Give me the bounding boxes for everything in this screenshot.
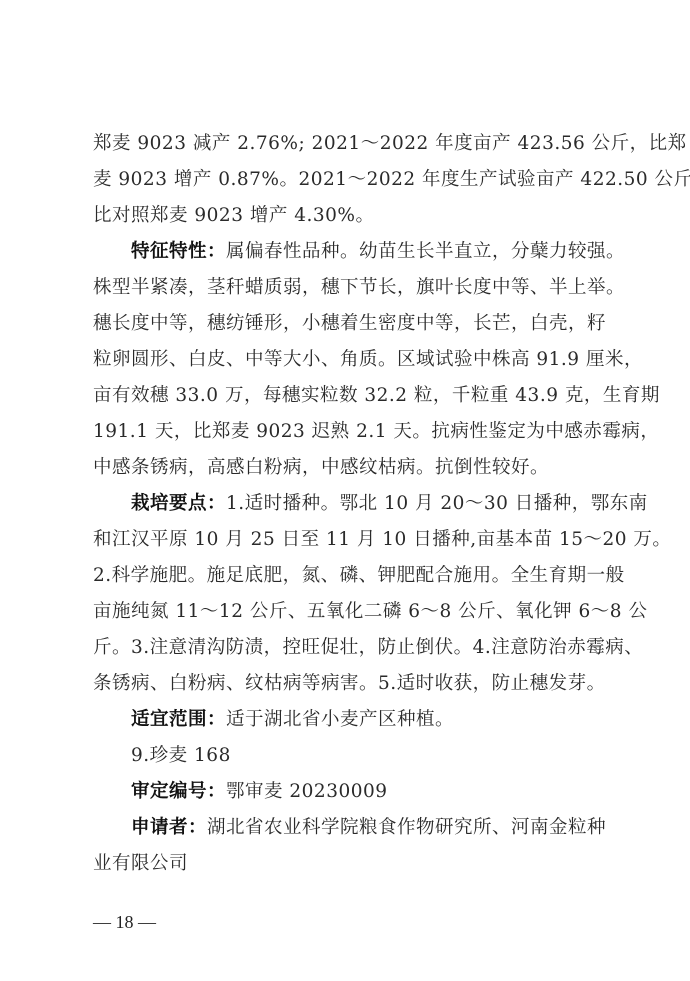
line-text: 湖北省农业科学院粮食作物研究所、河南金粒种 — [207, 817, 606, 838]
suitable-area-label: 适宜范围： — [131, 709, 226, 730]
line-text: 191.1 天，比郑麦 9023 迟熟 2.1 天。抗病性鉴定为中感赤霉病， — [93, 421, 659, 442]
text-line: 2.科学施肥。施足底肥，氮、磷、钾肥配合施用。全生育期一般 — [93, 558, 605, 594]
approval-number-label: 审定编号： — [131, 781, 226, 802]
line-text: 属偏春性品种。幼苗生长半直立，分蘖力较强。 — [226, 241, 625, 262]
variety-title: 9.珍麦 168 — [131, 738, 605, 774]
features-heading-line: 特征特性：属偏春性品种。幼苗生长半直立，分蘖力较强。 — [131, 234, 605, 270]
text-line: 斤。3.注意清沟防渍，控旺促壮，防止倒伏。4.注意防治赤霉病、 — [93, 630, 605, 666]
page-number: — 18 — — [93, 904, 156, 940]
text-line: 比对照郑麦 9023 增产 4.30%。 — [93, 198, 605, 234]
text-line: 粒卵圆形、白皮、中等大小、角质。区域试验中株高 91.9 厘米， — [93, 342, 605, 378]
cultivation-heading-line: 栽培要点：1.适时播种。鄂北 10 月 20～30 日播种，鄂东南 — [131, 486, 605, 522]
document-page: 郑麦 9023 减产 2.76%; 2021～2022 年度亩产 423.56 … — [0, 0, 690, 981]
text-line: 郑麦 9023 减产 2.76%; 2021～2022 年度亩产 423.56 … — [93, 126, 605, 162]
text-line: 中感条锈病，高感白粉病，中感纹枯病。抗倒性较好。 — [93, 450, 605, 486]
line-text: 斤。3.注意清沟防渍，控旺促壮，防止倒伏。4.注意防治赤霉病、 — [93, 637, 643, 658]
line-text: 1.适时播种。鄂北 10 月 20～30 日播种，鄂东南 — [226, 493, 648, 514]
line-text: 鄂审麦 20230009 — [226, 781, 388, 802]
line-text: 郑麦 9023 减产 2.76%; 2021～2022 年度亩产 423.56 … — [93, 133, 687, 154]
text-line: 亩施纯氮 11～12 公斤、五氧化二磷 6～8 公斤、氧化钾 6～8 公 — [93, 594, 605, 630]
line-text: 株型半紧凑，茎秆蜡质弱，穗下节长，旗叶长度中等、半上举。 — [93, 277, 625, 298]
line-text: 条锈病、白粉病、纹枯病等病害。5.适时收获，防止穗发芽。 — [93, 673, 606, 694]
line-text: 2.科学施肥。施足底肥，氮、磷、钾肥配合施用。全生育期一般 — [93, 565, 625, 586]
line-text: 中感条锈病，高感白粉病，中感纹枯病。抗倒性较好。 — [93, 457, 549, 478]
text-line: 亩有效穗 33.0 万，每穗实粒数 32.2 粒，千粒重 43.9 克，生育期 — [93, 378, 605, 414]
line-text: 麦 9023 增产 0.87%。2021～2022 年度生产试验亩产 422.5… — [93, 169, 690, 190]
text-line: 191.1 天，比郑麦 9023 迟熟 2.1 天。抗病性鉴定为中感赤霉病， — [93, 414, 605, 450]
cultivation-label: 栽培要点： — [131, 493, 226, 514]
applicant-line: 申请者：湖北省农业科学院粮食作物研究所、河南金粒种 — [131, 810, 605, 846]
line-text: 穗长度中等，穗纺锤形，小穗着生密度中等，长芒，白壳，籽 — [93, 313, 606, 334]
line-text: 亩施纯氮 11～12 公斤、五氧化二磷 6～8 公斤、氧化钾 6～8 公 — [93, 601, 647, 622]
approval-number-line: 审定编号：鄂审麦 20230009 — [131, 774, 605, 810]
suitable-area-line: 适宜范围：适于湖北省小麦产区种植。 — [131, 702, 605, 738]
line-text: 粒卵圆形、白皮、中等大小、角质。区域试验中株高 91.9 厘米， — [93, 349, 643, 370]
features-label: 特征特性： — [131, 241, 226, 262]
text-line: 株型半紧凑，茎秆蜡质弱，穗下节长，旗叶长度中等、半上举。 — [93, 270, 605, 306]
applicant-label: 申请者： — [131, 817, 207, 838]
text-line: 和江汉平原 10 月 25 日至 11 月 10 日播种,亩基本苗 15～20 … — [93, 522, 605, 558]
text-line: 穗长度中等，穗纺锤形，小穗着生密度中等，长芒，白壳，籽 — [93, 306, 605, 342]
line-text: 和江汉平原 10 月 25 日至 11 月 10 日播种,亩基本苗 15～20 … — [93, 529, 671, 550]
line-text: 业有限公司 — [93, 853, 188, 874]
line-text: 适于湖北省小麦产区种植。 — [226, 709, 454, 730]
text-line: 麦 9023 增产 0.87%。2021～2022 年度生产试验亩产 422.5… — [93, 162, 605, 198]
line-text: 9.珍麦 168 — [131, 745, 231, 766]
line-text: 亩有效穗 33.0 万，每穗实粒数 32.2 粒，千粒重 43.9 克，生育期 — [93, 385, 660, 406]
line-text: 比对照郑麦 9023 增产 4.30%。 — [93, 205, 375, 226]
text-line: 业有限公司 — [93, 846, 605, 882]
text-line: 条锈病、白粉病、纹枯病等病害。5.适时收获，防止穗发芽。 — [93, 666, 605, 702]
